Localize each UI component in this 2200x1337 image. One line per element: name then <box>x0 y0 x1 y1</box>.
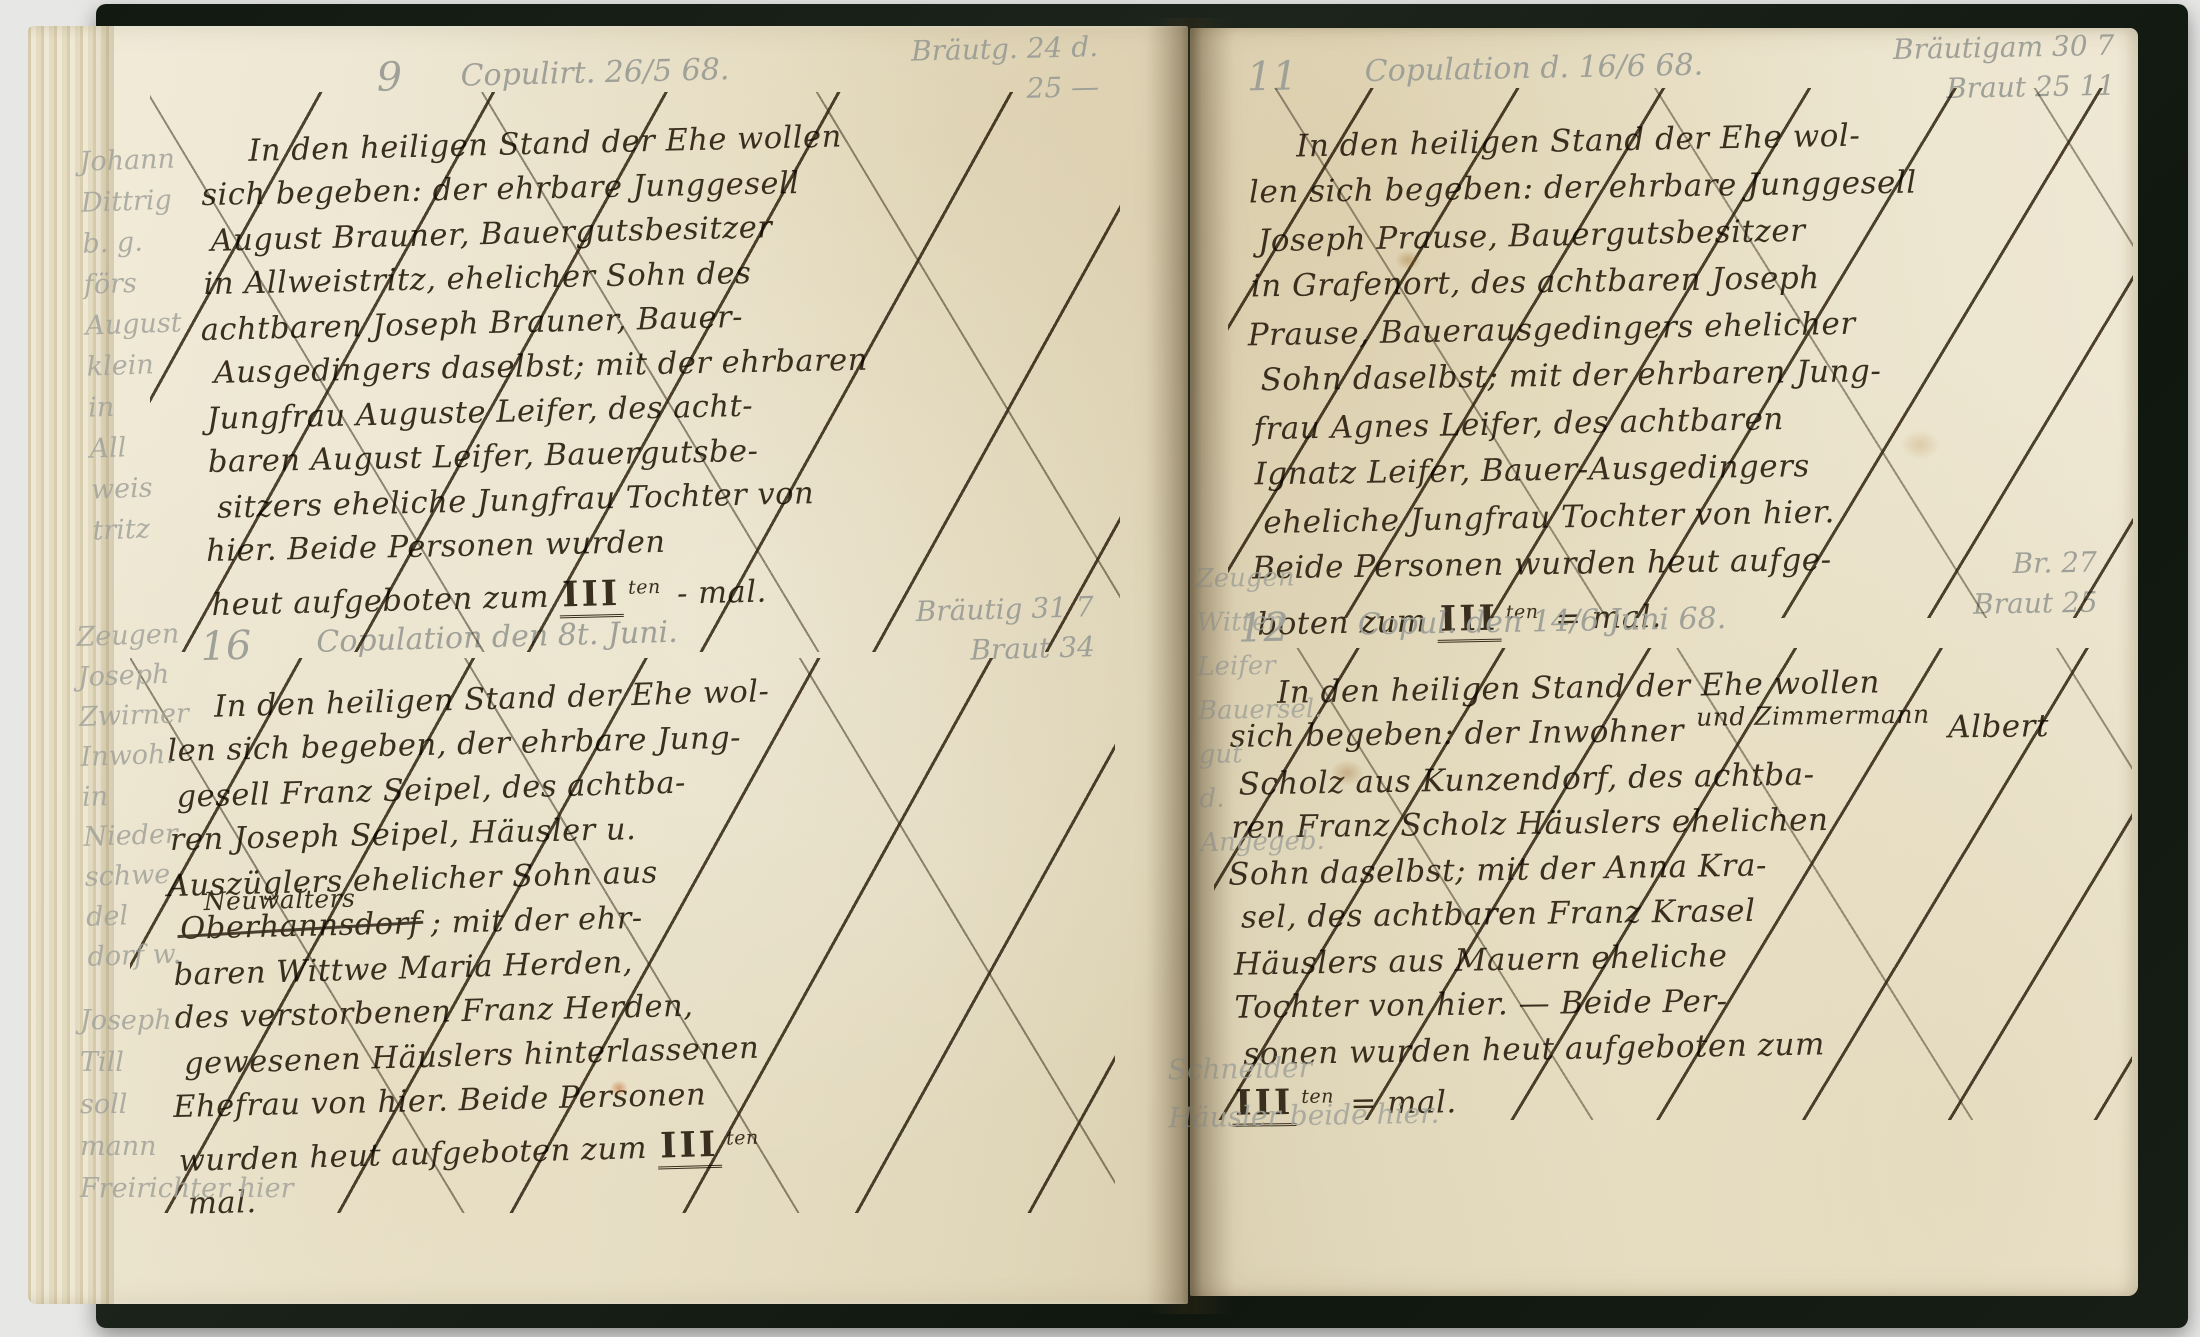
manuscript-text: In den heiligen Stand der Ehe wol-len si… <box>166 661 1111 1229</box>
church-register-photo: 9 Copulirt. 26/5 68. Bräutg. 24 d.25 — I… <box>0 0 2200 1337</box>
pencil-margin-note: förs <box>83 261 181 305</box>
pencil-age-notes: Bräutigam 30 7Braut 25 11 <box>1893 26 2116 110</box>
superscript: ten <box>628 576 661 599</box>
pencil-age-note: Bräutigam 30 7 <box>1893 26 2115 70</box>
pencil-margin-note: All <box>89 425 187 469</box>
pencil-margin-note: klein <box>86 343 184 387</box>
marriage-banns-entry-16: 16 Copulation den 8t. Juni. Bräutig 31 7… <box>164 593 1111 1229</box>
correction: NeuwaltersOberhannsdorf <box>180 902 421 952</box>
entry-number: 9 <box>376 54 403 101</box>
struck-word: Oberhannsdorf <box>180 906 421 947</box>
inserted-word: und Zimmermann <box>1696 692 1930 740</box>
pencil-margin-note: schwe <box>84 854 195 898</box>
pencil-margin-notes: JohannDittrigb. g.försAugustkleininAllwe… <box>79 138 190 551</box>
pencil-margin-note: Leifer <box>1197 643 1322 689</box>
pencil-margin-note: weis <box>90 466 188 510</box>
pencil-margin-note: Till <box>80 1042 294 1084</box>
pencil-margin-note: Freirichter hier <box>80 1168 294 1210</box>
pencil-age-note: Br. 27 <box>1972 543 2097 585</box>
manuscript-text: In den heiligen Stand der Ehe wollensich… <box>200 109 1112 628</box>
pencil-margin-note: Joseph <box>77 654 188 698</box>
roman-numeral: III <box>657 1124 722 1170</box>
pencil-age-note: Braut 34 <box>916 627 1095 672</box>
pencil-age-note: Braut 25 11 <box>1893 66 2115 110</box>
pencil-date-note: Copulation den 8t. Juni. <box>316 615 678 660</box>
pencil-age-notes: Bräutig 31 7Braut 34 <box>915 587 1095 672</box>
pencil-margin-notes: ZeugenWittenLeiferBauersel.gutd.Angegeb. <box>1195 555 1325 865</box>
pencil-age-note: 25 — <box>912 67 1100 112</box>
pencil-margin-note: tritz <box>92 507 190 551</box>
entry-number: 11 <box>1246 53 1298 100</box>
entry-number: 16 <box>200 623 252 670</box>
pencil-margin-note: b. g. <box>82 220 180 264</box>
pencil-margin-note: August <box>85 302 183 346</box>
pencil-age-note: Bräutg. 24 d. <box>911 27 1099 72</box>
pencil-margin-note: dorf w. <box>87 934 198 978</box>
pencil-margin-note: Zwirner <box>79 694 190 738</box>
pencil-margin-note: del <box>86 894 197 938</box>
pencil-age-notes: Bräutg. 24 d.25 — <box>911 27 1100 112</box>
superscript: ten <box>726 1127 759 1150</box>
pencil-margin-notes: ZeugenJosephZwirnerInwoh.inNiederschwede… <box>76 614 198 978</box>
pencil-margin-note: Angegeb. <box>1200 819 1325 865</box>
pencil-margin-note: soll <box>80 1084 294 1126</box>
marriage-banns-entry-9: 9 Copulirt. 26/5 68. Bräutg. 24 d.25 — I… <box>198 41 1112 628</box>
pencil-margin-notes: JosephTillsollmannFreirichter hier <box>80 1000 294 1210</box>
pencil-margin-note: Schneider <box>1167 1042 1439 1095</box>
pencil-age-notes: Br. 27Braut 25 <box>1972 543 2098 625</box>
pencil-date-note: Copulirt. 26/5 68. <box>460 52 730 94</box>
pencil-margin-note: Zeugen <box>76 614 187 658</box>
pencil-margin-note: gut <box>1198 731 1323 777</box>
pencil-date-note: Copul. den 14/6 Juni 68. <box>1358 601 1727 642</box>
pencil-margin-note: Nieder <box>83 814 194 858</box>
pencil-margin-note: Witten <box>1196 599 1321 645</box>
pencil-date-note: Copulation d. 16/6 68. <box>1364 48 1703 89</box>
pencil-margin-note: Dittrig <box>80 179 178 223</box>
pencil-margin-note: in <box>87 384 185 428</box>
pencil-margin-note: in <box>81 774 192 818</box>
pencil-margin-notes: SchneiderHäusler beide hier. <box>1167 1042 1440 1143</box>
pencil-margin-note: mann <box>80 1126 294 1168</box>
pencil-margin-note: Häusler beide hier. <box>1168 1090 1440 1143</box>
pencil-margin-note: Joseph <box>80 1000 294 1042</box>
pencil-margin-note: Inwoh. <box>80 734 191 778</box>
pencil-margin-note: d. <box>1199 775 1324 821</box>
pencil-age-note: Braut 25 <box>1973 583 2098 625</box>
pencil-margin-note: Bauersel. <box>1198 687 1323 733</box>
pencil-age-note: Bräutig 31 7 <box>915 587 1094 632</box>
pencil-margin-note: Johann <box>79 138 177 182</box>
pencil-margin-note: Zeugen <box>1195 555 1320 601</box>
